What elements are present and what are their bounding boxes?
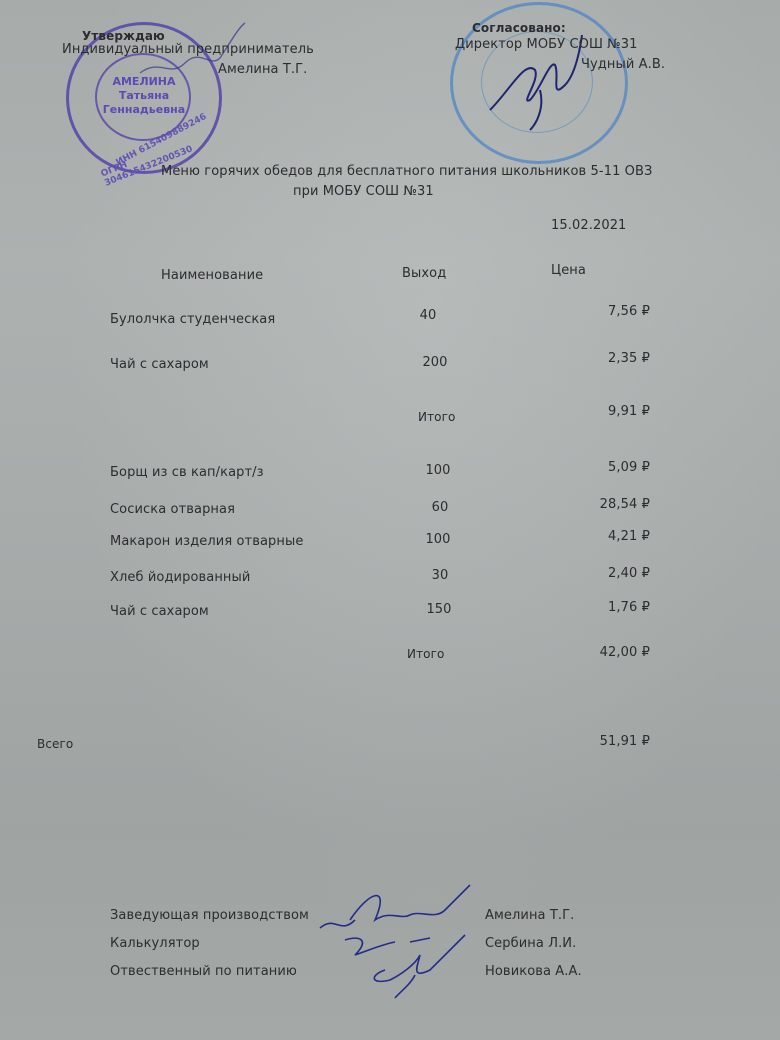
item-name: Борщ из св кап/карт/з: [110, 465, 264, 481]
item-name: Хлеб йодированный: [110, 570, 250, 586]
item-output: 100: [418, 532, 458, 548]
item-name: Чай с сахаром: [110, 604, 209, 620]
item-price: 2,35 ₽: [560, 351, 650, 367]
subtotal-label: Итого: [418, 409, 455, 425]
item-name: Чай с сахаром: [110, 357, 209, 373]
item-price: 5,09 ₽: [560, 460, 650, 476]
grand-total-label: Всего: [37, 736, 73, 752]
signature-name: Новикова А.А.: [485, 964, 582, 980]
document-page: АМЕЛИНА Татьяна Геннадьевна ИНН 61540988…: [0, 0, 780, 1040]
subtotal-price: 42,00 ₽: [560, 645, 650, 661]
column-header-price: Цена: [551, 263, 586, 279]
agreed-name: Чудный А.В.: [581, 57, 665, 73]
subtotal-price: 9,91 ₽: [560, 404, 650, 420]
item-name: Сосиска отварная: [110, 502, 235, 518]
item-output: 40: [408, 308, 448, 324]
document-title-line2: при МОБУ СОШ №31: [293, 184, 434, 200]
grand-total-price: 51,91 ₽: [560, 734, 650, 750]
agreed-heading: Согласовано:: [472, 20, 566, 36]
document-date: 15.02.2021: [551, 218, 626, 234]
item-price: 28,54 ₽: [560, 497, 650, 513]
column-header-output: Выход: [402, 266, 446, 282]
item-price: 1,76 ₽: [560, 600, 650, 616]
signature-role: Заведующая производством: [110, 908, 309, 924]
agreed-position: Директор МОБУ СОШ №31: [455, 37, 638, 53]
item-price: 4,21 ₽: [560, 529, 650, 545]
signature-role: Калькулятор: [110, 936, 200, 952]
column-header-name: Наименование: [161, 268, 263, 284]
signature-staff-icon: [300, 880, 490, 1000]
item-name: Макарон изделия отварные: [110, 534, 303, 550]
item-output: 30: [420, 568, 460, 584]
subtotal-label: Итого: [407, 646, 444, 662]
signature-role: Отвественный по питанию: [110, 964, 297, 980]
item-output: 100: [418, 463, 458, 479]
approved-name: Амелина Т.Г.: [218, 62, 307, 78]
item-output: 150: [419, 602, 459, 618]
signature-name: Амелина Т.Г.: [485, 908, 574, 924]
signature-name: Сербина Л.И.: [485, 936, 576, 952]
item-name: Булолчка студенческая: [110, 312, 275, 328]
item-output: 60: [420, 500, 460, 516]
item-price: 7,56 ₽: [560, 304, 650, 320]
item-output: 200: [415, 355, 455, 371]
approved-position: Индивидуальный предприниматель: [62, 42, 314, 58]
document-title-line1: Меню горячих обедов для бесплатного пита…: [161, 164, 652, 180]
item-price: 2,40 ₽: [560, 566, 650, 582]
